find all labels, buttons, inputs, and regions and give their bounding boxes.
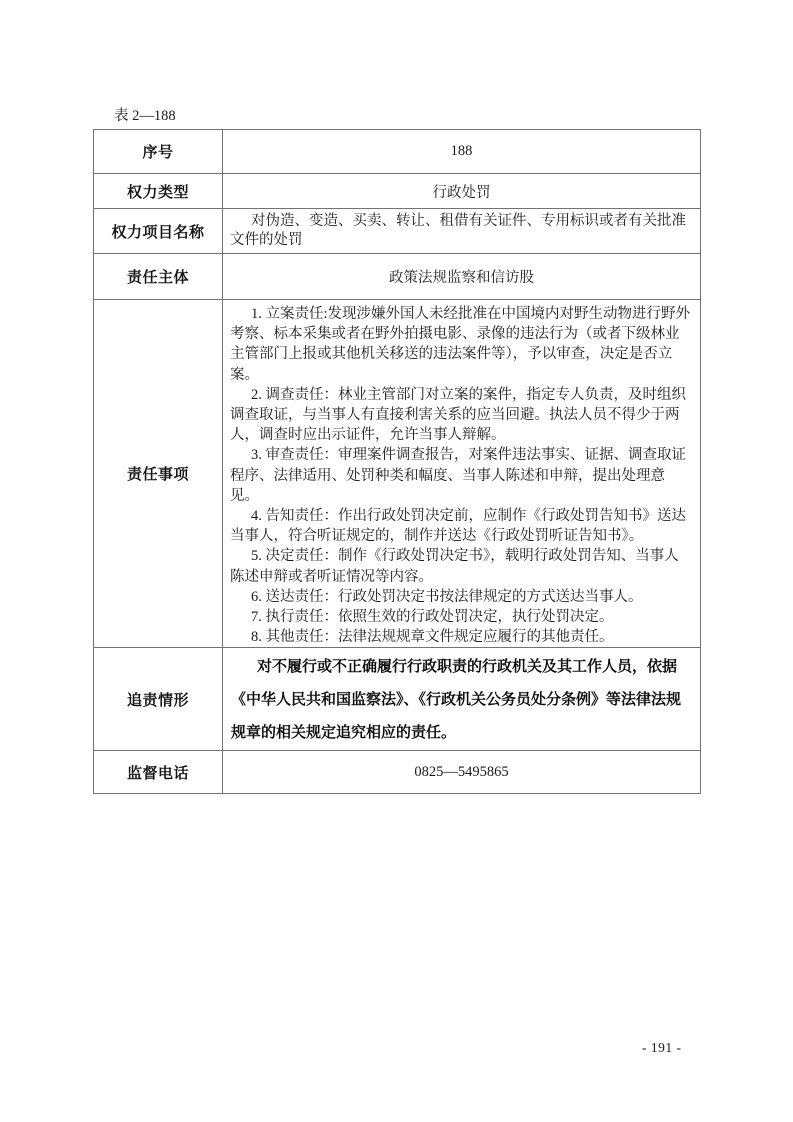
responsibility-item-2: 2. 调查责任：林业主管部门对立案的案件，指定专人负责，及时组织调查取证，与当事… xyxy=(230,385,693,446)
responsibility-item-6: 6. 送达责任：行政处罚决定书按法律规定的方式送达当事人。 xyxy=(230,587,693,607)
table-caption: 表 2—188 xyxy=(114,107,176,125)
row-value-power-item-name: 对伪造、变造、买卖、转让、租借有关证件、专用标识或者有关批准文件的处罚 xyxy=(223,209,701,254)
row-label-responsibility-items: 责任事项 xyxy=(94,300,223,648)
row-label-power-item-name: 权力项目名称 xyxy=(94,209,223,254)
responsibility-table: 序号 188 权力类型 行政处罚 权力项目名称 对伪造、变造、买卖、转让、租借有… xyxy=(93,129,701,794)
row-label-accountability-circumstances: 追责情形 xyxy=(94,648,223,751)
row-label-power-type: 权力类型 xyxy=(94,174,223,209)
responsibility-item-8: 8. 其他责任：法律法规规章文件规定应履行的其他责任。 xyxy=(230,627,693,647)
table-row-responsibility-items: 责任事项 1. 立案责任:发现涉嫌外国人未经批准在中国境内对野生动物进行野外考察… xyxy=(94,300,701,648)
responsibility-item-1: 1. 立案责任:发现涉嫌外国人未经批准在中国境内对野生动物进行野外考察、标本采集… xyxy=(230,304,693,385)
table-row-supervision-phone: 监督电话 0825—5495865 xyxy=(94,751,701,794)
row-label-supervision-phone: 监督电话 xyxy=(94,751,223,794)
row-label-responsible-body: 责任主体 xyxy=(94,254,223,300)
document-page: 表 2—188 序号 188 权力类型 行政处罚 权力项目名称 对伪造、变造、买… xyxy=(0,0,793,1122)
responsibility-item-7: 7. 执行责任：依照生效的行政处罚决定，执行处罚决定。 xyxy=(230,607,693,627)
row-value-power-type: 行政处罚 xyxy=(223,174,701,209)
row-value-responsibility-items: 1. 立案责任:发现涉嫌外国人未经批准在中国境内对野生动物进行野外考察、标本采集… xyxy=(223,300,701,648)
table-row-serial-number: 序号 188 xyxy=(94,130,701,174)
responsibility-item-3: 3. 审查责任：审理案件调查报告，对案件违法事实、证据、调查取证程序、法律适用、… xyxy=(230,445,693,506)
row-label-serial-number: 序号 xyxy=(94,130,223,174)
responsibility-item-5: 5. 决定责任：制作《行政处罚决定书》，载明行政处罚告知、当事人陈述申辩或者听证… xyxy=(230,546,693,586)
table-row-responsible-body: 责任主体 政策法规监察和信访股 xyxy=(94,254,701,300)
row-value-serial-number: 188 xyxy=(223,130,701,174)
row-value-supervision-phone: 0825—5495865 xyxy=(223,751,701,794)
table-row-power-item-name: 权力项目名称 对伪造、变造、买卖、转让、租借有关证件、专用标识或者有关批准文件的… xyxy=(94,209,701,254)
row-value-accountability-circumstances: 对不履行或不正确履行行政职责的行政机关及其工作人员，依据《中华人民共和国监察法》… xyxy=(223,648,701,751)
table-row-accountability-circumstances: 追责情形 对不履行或不正确履行行政职责的行政机关及其工作人员，依据《中华人民共和… xyxy=(94,648,701,751)
page-number: - 191 - xyxy=(642,1040,682,1056)
responsibility-item-4: 4. 告知责任：作出行政处罚决定前，应制作《行政处罚告知书》送达当事人，符合听证… xyxy=(230,506,693,546)
table-row-power-type: 权力类型 行政处罚 xyxy=(94,174,701,209)
row-value-responsible-body: 政策法规监察和信访股 xyxy=(223,254,701,300)
